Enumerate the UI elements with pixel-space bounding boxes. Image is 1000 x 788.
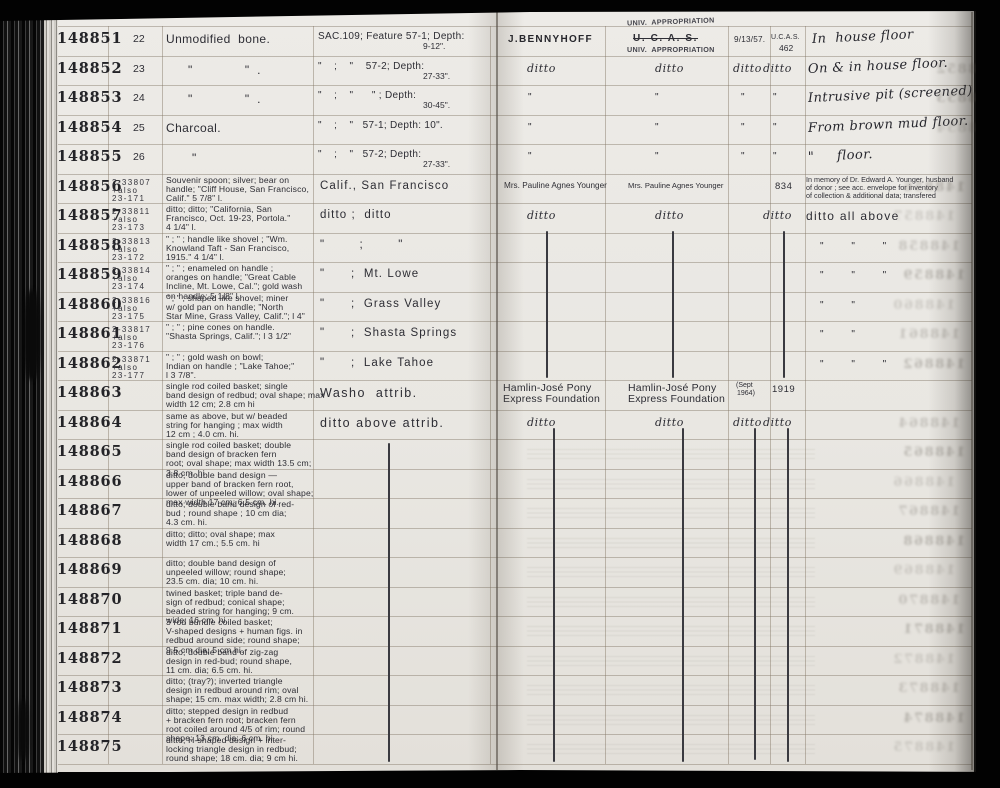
museum-number: " (773, 122, 777, 133)
museum-number: 462 (779, 43, 793, 53)
date: 9/13/57. (734, 35, 765, 44)
description: 1915." 4 1/4" l. (166, 253, 224, 262)
donor-struck-out: U. C. A. S. (633, 33, 698, 44)
catalog-number: 148870 (57, 591, 122, 608)
remarks: " " (820, 300, 855, 311)
collector: " (528, 122, 532, 133)
catalog-number: 148871 (57, 620, 122, 637)
catalog-number: 148869 (57, 561, 122, 578)
description: shape; 15 cm. max width; 2.8 cm hi. (166, 695, 308, 704)
donor: Express Foundation (628, 394, 725, 405)
bleedthrough-smudge (527, 446, 815, 459)
page-gutter-shadow (468, 10, 524, 772)
description: width 12 cm; 2.8 cm hi (166, 400, 255, 409)
accession-number: 23-174 (112, 282, 145, 291)
museum-number: " (773, 151, 777, 162)
donor: " (655, 92, 659, 103)
date: (Sept (736, 382, 753, 390)
collector: ditto (527, 62, 556, 75)
locality: " ; " 57-2; Depth: (318, 61, 424, 72)
date: 1964) (737, 390, 755, 398)
catalog-number: 148875 (57, 738, 122, 755)
locality: 27-33". (423, 71, 450, 81)
date: ditto (733, 416, 762, 429)
bleedthrough-smudge (527, 653, 815, 666)
description: " " . (188, 92, 261, 106)
accession-number: 23-177 (112, 371, 145, 380)
description: " (192, 151, 197, 165)
locality: " ; Mt. Lowe (320, 268, 419, 280)
catalog-number: 148874 (57, 709, 122, 726)
continuation-line (388, 443, 390, 762)
locality: " ; Shasta Springs (320, 327, 457, 339)
description: 11 cm. dia; 6.5 cm. hi. (166, 666, 253, 675)
locality: 9-12". (423, 41, 445, 51)
accession-number: 23-173 (112, 223, 145, 232)
continuation-line (546, 231, 548, 378)
binding-shadow-blob (24, 290, 40, 380)
object-count: 26 (133, 151, 145, 163)
description: Calif." 5 7/8" l. (166, 194, 222, 203)
locality: ditto above attrib. (320, 416, 444, 430)
bleedthrough-smudge (527, 741, 815, 754)
remarks: " " " (820, 270, 886, 281)
catalog-number: 148864 (57, 414, 122, 431)
catalog-number: 148853 (57, 89, 122, 106)
description: Star Mine, Grass Valley, Calif."; l 4" (166, 312, 305, 321)
description: width 17 cm.; 5.5 cm. hi (166, 539, 260, 548)
accession-number: 23-172 (112, 253, 145, 262)
stacked-page-edges (44, 8, 58, 774)
catalog-number: 148854 (57, 119, 122, 136)
description: l 3 7/8". (166, 371, 196, 380)
donor: ditto (655, 209, 684, 222)
donor: ditto (655, 416, 684, 429)
accession-number: 23-176 (112, 341, 145, 350)
museum-number: 834 (775, 181, 792, 192)
date: " (741, 92, 745, 103)
column-line (162, 26, 163, 764)
collector: ditto (527, 416, 556, 429)
bleedthrough-smudge (527, 623, 815, 636)
catalog-number: 148866 (57, 473, 122, 490)
catalog-number: 148863 (57, 384, 122, 401)
locality: " ; " 57-2; Depth: (318, 149, 421, 160)
description: 23.5 cm. dia; 10 cm. hi. (166, 577, 258, 586)
catalog-number: 148851 (57, 30, 122, 47)
description: 12 cm ; 4.0 cm. hi. (166, 430, 239, 439)
page-curl-shadow (928, 10, 976, 772)
catalog-number: 148872 (57, 650, 122, 667)
remarks: " " " (820, 359, 886, 370)
museum-number: U.C.A.S. (771, 34, 800, 41)
bleedthrough-smudge (527, 564, 815, 577)
museum-number: ditto (763, 209, 792, 222)
description: 4.3 cm. hi. (166, 518, 207, 527)
description: round shape; 18 cm. dia; 9 cm hi. (166, 754, 298, 763)
binding-shadow-blob (18, 700, 28, 760)
collector: " (528, 92, 532, 103)
locality: " ; Grass Valley (320, 298, 441, 310)
donor: " (655, 122, 659, 133)
locality: " ; " (320, 239, 403, 251)
object-count: 24 (133, 92, 145, 104)
museum-number: ditto (763, 416, 792, 429)
bleedthrough-smudge (527, 594, 815, 607)
museum-number: 1919 (772, 384, 795, 395)
accession-number: 23-175 (112, 312, 145, 321)
description: "Shasta Springs, Calif."; l 3 1/2" (166, 332, 291, 341)
object-count: 25 (133, 122, 145, 134)
continuation-line (783, 231, 785, 378)
remarks: " " " (820, 241, 886, 252)
catalog-number: 148873 (57, 679, 122, 696)
catalog-number: 148855 (57, 148, 122, 165)
donor: Hamlin-José Pony (628, 383, 716, 394)
locality: " ; " 57-1; Depth: 10". (318, 120, 443, 131)
date: " (741, 151, 745, 162)
accession-number: 23-171 (112, 194, 145, 203)
locality: Calif., San Francisco (320, 180, 449, 192)
continuation-line (672, 231, 674, 378)
description: " " . (188, 63, 261, 77)
collector: " (528, 151, 532, 162)
bleedthrough-smudge (527, 476, 815, 489)
bleedthrough-smudge (527, 505, 815, 518)
date: " (741, 122, 745, 133)
museum-number: ditto (763, 62, 792, 75)
scanned-ledger-page: 14885122Unmodified bone.SAC.109; Feature… (0, 0, 1000, 788)
bleedthrough-smudge (527, 712, 815, 725)
scan-background-right (976, 0, 1000, 788)
remarks: " floor. (808, 147, 874, 165)
catalog-number: 148852 (57, 60, 122, 77)
locality: Washo attrib. (320, 386, 418, 400)
catalog-number: 148867 (57, 502, 122, 519)
description: Unmodified bone. (166, 32, 270, 46)
locality: " ; Lake Tahoe (320, 357, 434, 369)
collector: ditto (527, 209, 556, 222)
locality: " ; " " ; Depth: (318, 90, 416, 101)
locality: 27-33". (423, 159, 450, 169)
description: 4 1/4" l. (166, 223, 196, 232)
object-count: 22 (133, 33, 145, 45)
donor: " (655, 151, 659, 162)
remarks: " " (820, 329, 855, 340)
description: Charcoal. (166, 121, 221, 135)
bleedthrough-smudge (527, 535, 815, 548)
donor-stamp: UNIV. APPROPRIATION (627, 45, 715, 54)
donor: ditto (655, 62, 684, 75)
object-count: 23 (133, 63, 145, 75)
museum-number: " (773, 92, 777, 103)
catalog-number: 148868 (57, 532, 122, 549)
date: ditto (733, 62, 762, 75)
bleedthrough-smudge (527, 682, 815, 695)
locality: ditto ; ditto (320, 209, 392, 221)
remarks: ditto all above (806, 209, 900, 223)
donor: Mrs. Pauline Agnes Younger (628, 181, 723, 190)
locality: 30-45". (423, 100, 450, 110)
catalog-number: 148865 (57, 443, 122, 460)
